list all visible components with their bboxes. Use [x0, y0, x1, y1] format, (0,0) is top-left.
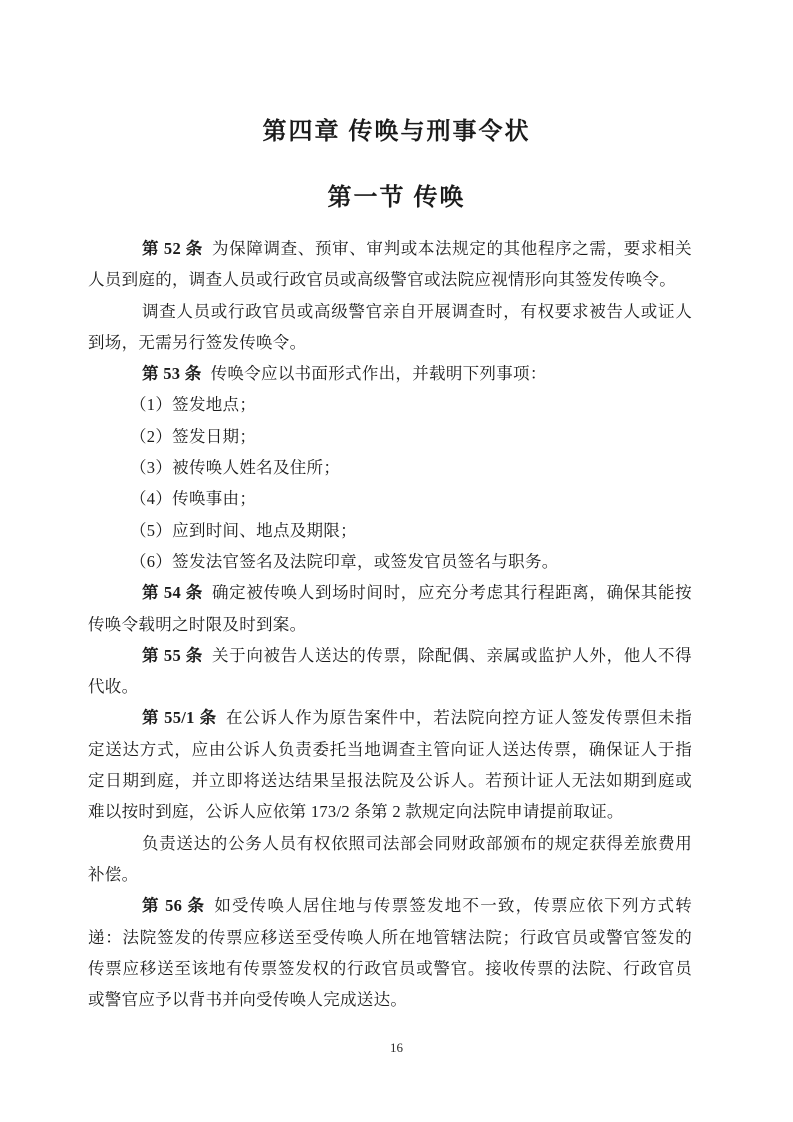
paragraph-text: 负责送达的公务人员有权依照司法部会同财政部颁布的规定获得差旅费用补偿。	[88, 834, 692, 884]
list-item-text: （2）签发日期；	[130, 427, 256, 446]
article-number: 第 55/1 条	[142, 708, 217, 727]
article-number: 第 56 条	[142, 896, 205, 915]
paragraph-article-52: 第 52 条为保障调查、预审、审判或本法规定的其他程序之需，要求相关人员到庭的，…	[88, 233, 692, 296]
list-item-5: （5）应到时间、地点及期限；	[88, 515, 692, 546]
list-item-text: （1）签发地点；	[130, 395, 256, 414]
section-title: 第一节 传唤	[0, 147, 793, 213]
list-item-text: （3）被传唤人姓名及住所；	[130, 458, 340, 477]
paragraph-article-53: 第 53 条传唤令应以书面形式作出，并载明下列事项：	[88, 358, 692, 389]
article-number: 第 53 条	[142, 364, 202, 383]
list-item-6: （6）签发法官签名及法院印章，或签发官员签名与职务。	[88, 546, 692, 577]
list-item-1: （1）签发地点；	[88, 389, 692, 420]
paragraph-article-56: 第 56 条如受传唤人居住地与传票签发地不一致，传票应依下列方式转递：法院签发的…	[88, 890, 692, 1015]
paragraph-article-55: 第 55 条关于向被告人送达的传票，除配偶、亲属或监护人外，他人不得代收。	[88, 640, 692, 703]
list-item-2: （2）签发日期；	[88, 421, 692, 452]
list-item-text: （6）签发法官签名及法院印章，或签发官员签名与职务。	[130, 552, 559, 571]
paragraph: 负责送达的公务人员有权依照司法部会同财政部颁布的规定获得差旅费用补偿。	[88, 828, 692, 891]
article-number: 第 55 条	[142, 646, 203, 665]
article-number: 第 54 条	[142, 583, 203, 602]
list-item-3: （3）被传唤人姓名及住所；	[88, 452, 692, 483]
list-item-text: （4）传唤事由；	[130, 489, 256, 508]
paragraph-text: 调查人员或行政官员或高级警官亲自开展调查时，有权要求被告人或证人到场，无需另行签…	[88, 302, 692, 352]
document-page: 第四章 传唤与刑事令状 第一节 传唤 第 52 条为保障调查、预审、审判或本法规…	[0, 0, 793, 1122]
paragraph-article-55-1: 第 55/1 条在公诉人作为原告案件中，若法院向控方证人签发传票但未指定送达方式…	[88, 702, 692, 827]
paragraph: 调查人员或行政官员或高级警官亲自开展调查时，有权要求被告人或证人到场，无需另行签…	[88, 296, 692, 359]
article-number: 第 52 条	[142, 239, 203, 258]
document-body: 第 52 条为保障调查、预审、审判或本法规定的其他程序之需，要求相关人员到庭的，…	[88, 233, 692, 1015]
list-item-text: （5）应到时间、地点及期限；	[130, 521, 357, 540]
chapter-title: 第四章 传唤与刑事令状	[0, 0, 793, 147]
list-item-4: （4）传唤事由；	[88, 483, 692, 514]
paragraph-article-54: 第 54 条确定被传唤人到场时间时，应充分考虑其行程距离，确保其能按传唤令载明之…	[88, 577, 692, 640]
page-number: 16	[0, 1040, 793, 1056]
paragraph-text: 传唤令应以书面形式作出，并载明下列事项：	[211, 364, 547, 383]
